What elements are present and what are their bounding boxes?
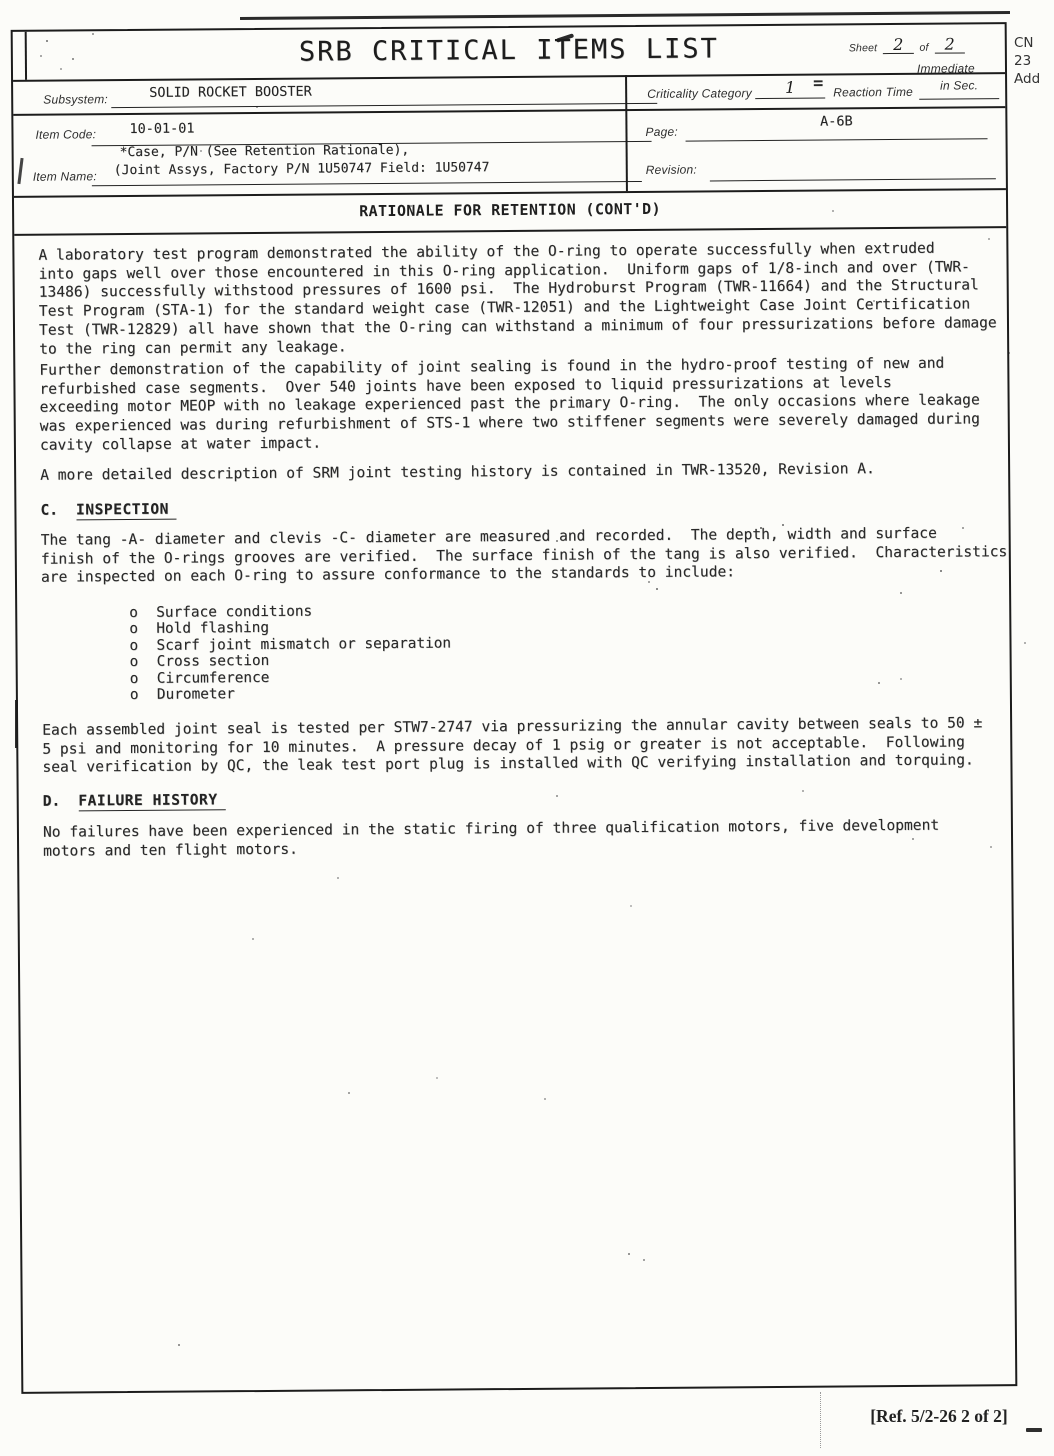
list-item-text: Hold flashing xyxy=(156,621,269,637)
reference-stamp: [Ref. 5/2-26 2 of 2] xyxy=(820,1392,1054,1448)
criticality-category-label: Criticality Category xyxy=(647,86,752,101)
revision-value-blank xyxy=(710,162,996,181)
scan-artifact-dash xyxy=(1026,1428,1042,1432)
column-divider xyxy=(625,75,627,109)
list-item-text: Durometer xyxy=(157,687,235,703)
section-d-heading: D.FAILURE HISTORY xyxy=(43,791,226,809)
item-row: Item Code: 10-01-01 Item Name: *Case, P/… xyxy=(13,106,1006,198)
bullet-marker: o xyxy=(129,606,156,622)
sheet-number: 2 xyxy=(883,37,913,54)
cil-form: SRB CRITICAL ITEMS LIST Sheet 2 of 2 Sub… xyxy=(11,22,1018,1394)
page-label: Page: xyxy=(645,125,677,139)
item-code-value: 10-01-01 xyxy=(91,117,651,146)
sheet-counter: Sheet 2 of 2 xyxy=(849,36,965,54)
margin-note-line: 23 xyxy=(1014,52,1040,70)
bullet-marker: o xyxy=(130,688,157,704)
paragraph-5: Each assembled joint seal is tested per … xyxy=(42,714,983,777)
paragraph-3: A more detailed description of SRM joint… xyxy=(40,460,875,485)
item-code-label: Item Code: xyxy=(35,127,96,141)
margin-change-note: CN 23 Add xyxy=(1014,34,1040,88)
item-name-line1: *Case, P/N (See Retention Rationale), xyxy=(120,143,410,160)
bullet-marker: o xyxy=(129,622,156,638)
item-name-line2: (Joint Assys, Factory P/N 1U50747 Field:… xyxy=(92,159,642,186)
margin-note-line: CN xyxy=(1014,34,1040,52)
bullet-marker: o xyxy=(130,655,157,671)
section-banner-text: RATIONALE FOR RETENTION (CONT'D) xyxy=(359,200,661,220)
criticality-category-value: 1 xyxy=(755,78,825,100)
section-c-letter: C. xyxy=(40,502,58,519)
reaction-time-value: Immediate xyxy=(917,61,975,75)
reaction-time-unit: in Sec. xyxy=(919,78,999,100)
margin-note-line: Add xyxy=(1014,70,1040,88)
list-item-text: Circumference xyxy=(157,670,270,686)
list-item-text: Scarf joint mismatch or separation xyxy=(156,636,451,654)
scanned-document-page: SRB CRITICAL ITEMS LIST Sheet 2 of 2 Sub… xyxy=(0,0,1054,1456)
scan-noise-speckles xyxy=(0,0,2,2)
bullet-marker: o xyxy=(129,639,156,655)
subsystem-value: SOLID ROCKET BOOSTER xyxy=(111,81,657,108)
sheet-total: 2 xyxy=(935,36,965,53)
revision-label: Revision: xyxy=(646,163,697,177)
list-item-text: Cross section xyxy=(157,654,270,670)
reaction-time-label: Reaction Time xyxy=(833,85,913,100)
paragraph-4: The tang -A- diameter and clevis -C- dia… xyxy=(41,524,1008,588)
paragraph-2: Further demonstration of the capability … xyxy=(39,354,980,455)
subsystem-label: Subsystem: xyxy=(43,92,108,107)
section-d-letter: D. xyxy=(43,793,61,810)
section-d-title: FAILURE HISTORY xyxy=(78,791,225,811)
reference-stamp-text: [Ref. 5/2-26 2 of 2] xyxy=(821,1406,1054,1427)
paragraph-1: A laboratory test program demonstrated t… xyxy=(38,239,997,359)
bullet-marker: o xyxy=(130,671,157,687)
list-item-text: Surface conditions xyxy=(156,605,312,622)
page-value: A-6B xyxy=(685,112,987,141)
scan-artifact-top-line xyxy=(240,11,1010,20)
paragraph-6: No failures have been experienced in the… xyxy=(43,817,939,861)
sheet-label: Sheet xyxy=(849,42,878,54)
section-c-title: INSPECTION xyxy=(76,501,177,521)
list-item: oDurometer xyxy=(130,685,452,704)
document-body: A laboratory test program demonstrated t… xyxy=(14,226,1015,1392)
inspection-checklist: oSurface conditions oHold flashing oScar… xyxy=(129,603,451,704)
item-name-label: Item Name: xyxy=(33,169,97,184)
section-c-heading: C.INSPECTION xyxy=(40,501,177,519)
sheet-of-label: of xyxy=(919,42,928,54)
